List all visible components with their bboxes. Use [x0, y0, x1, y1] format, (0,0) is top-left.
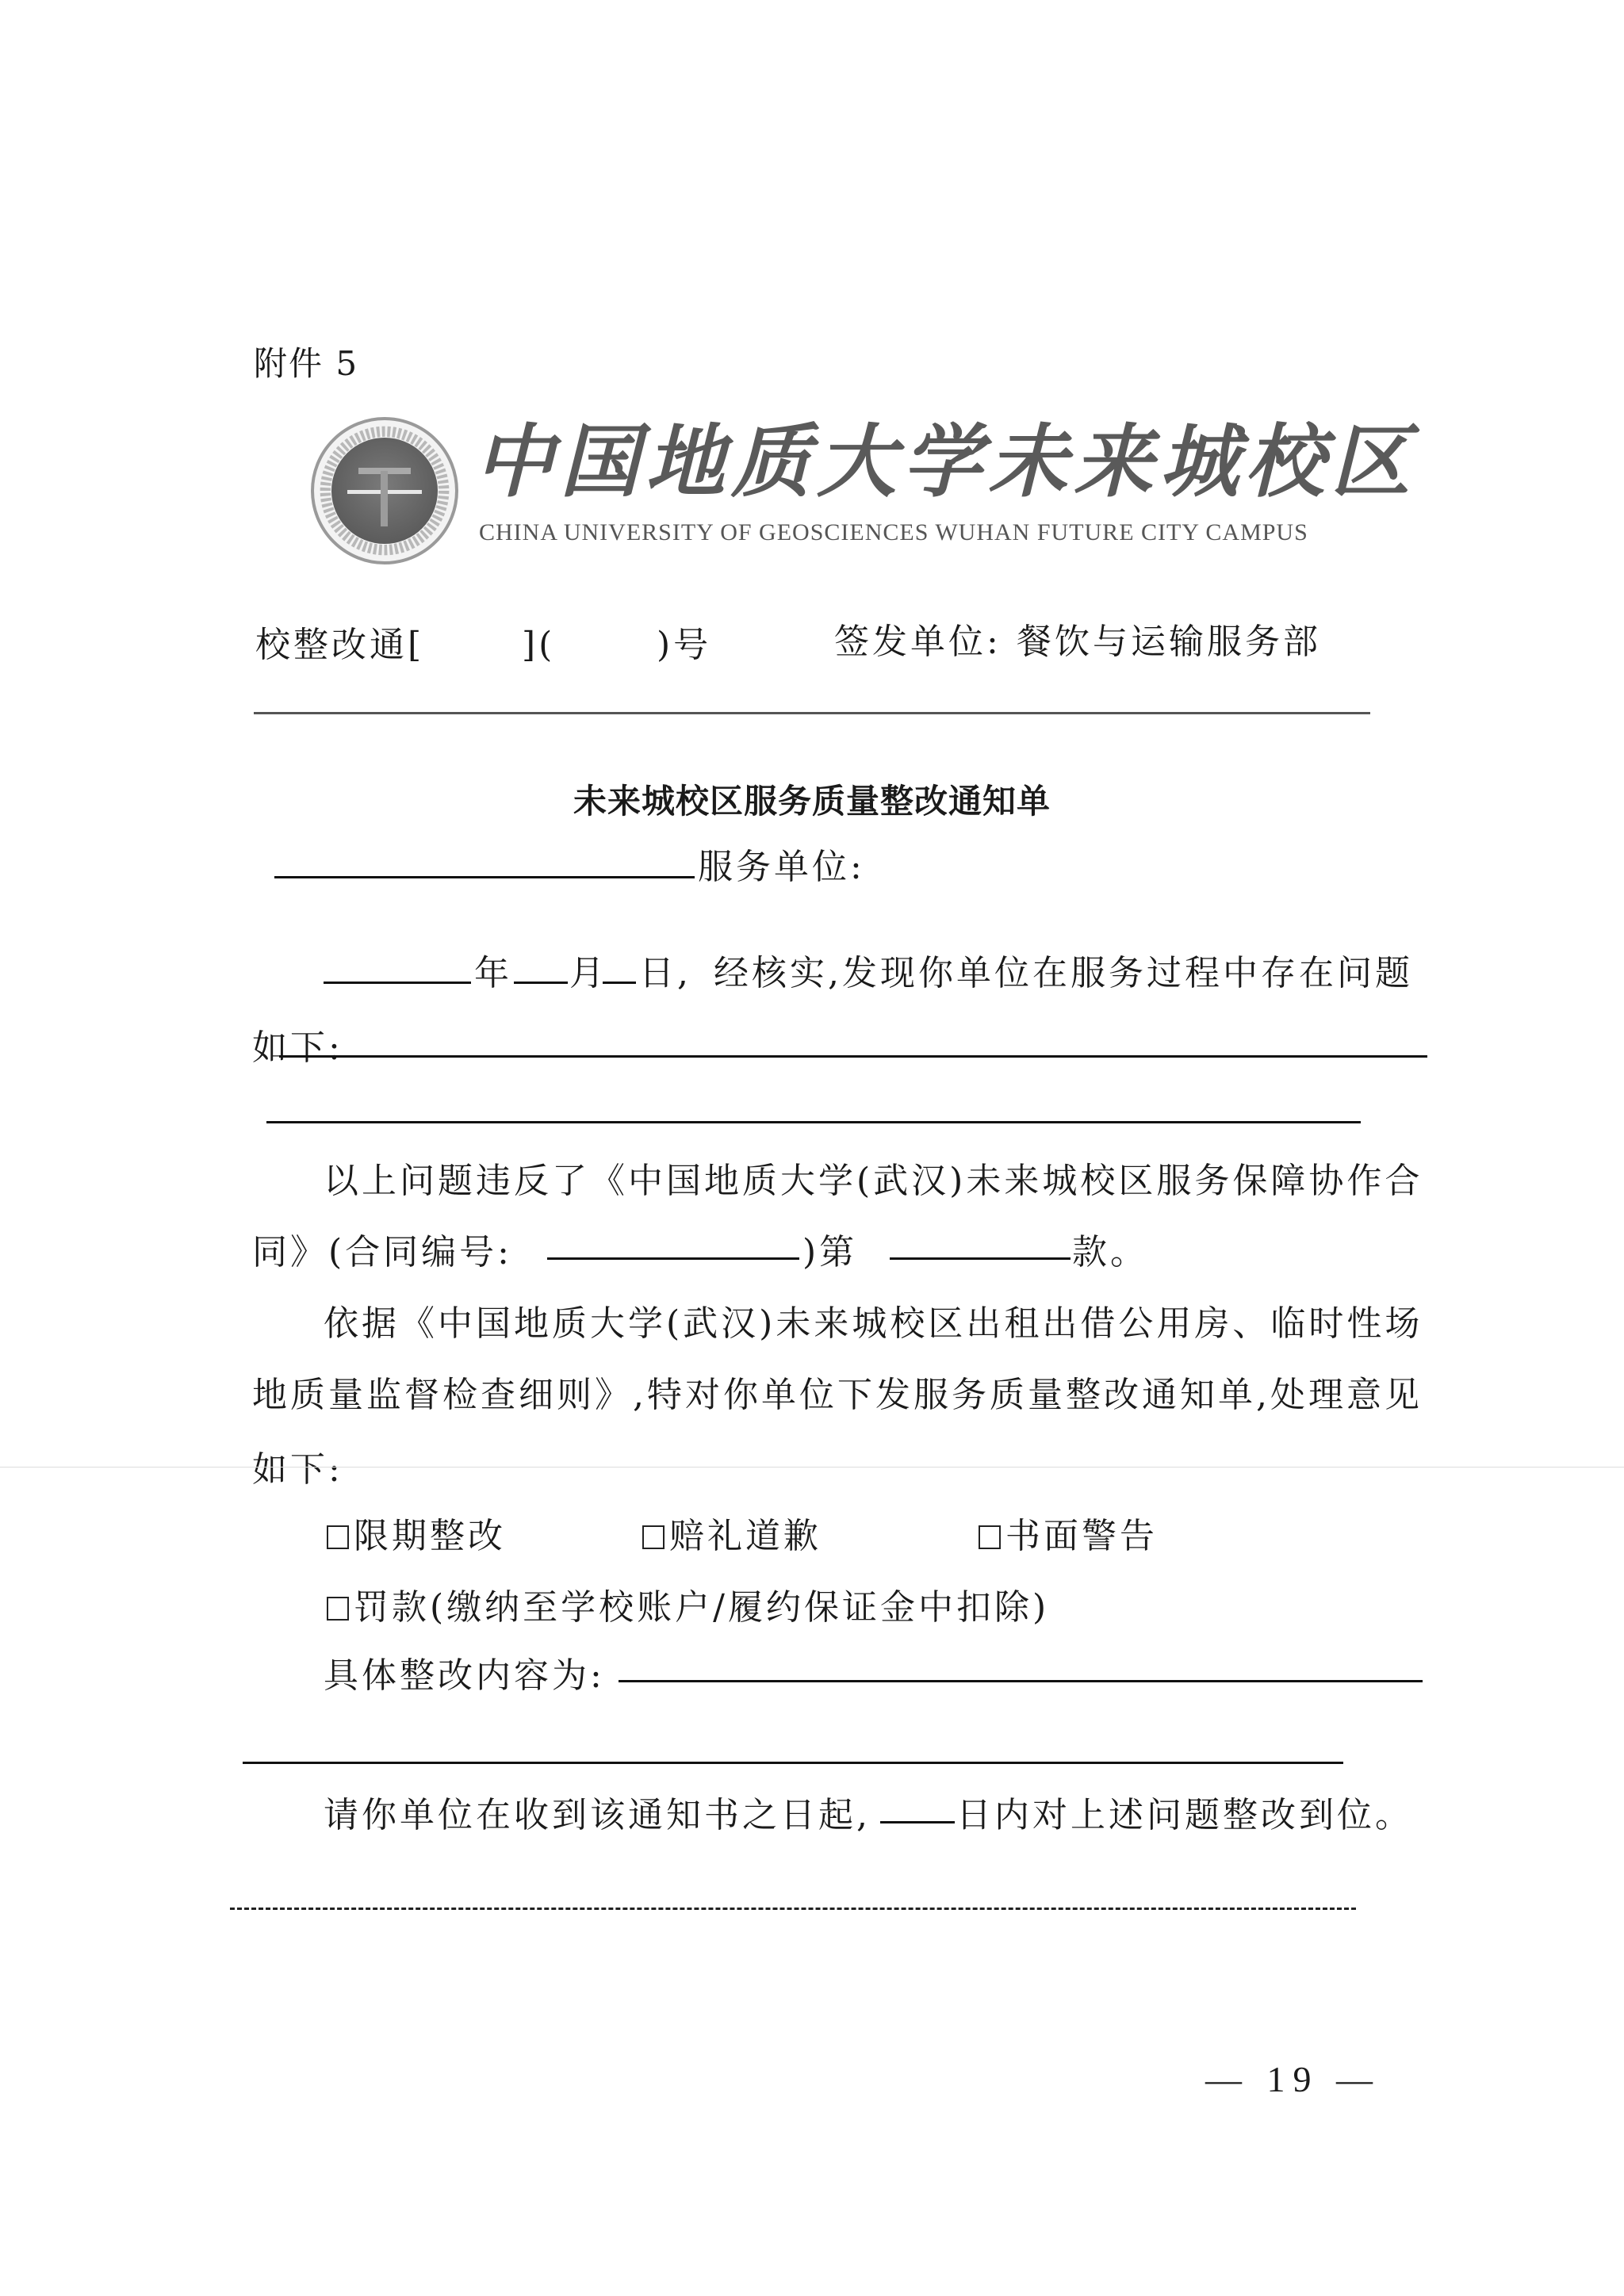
rectification-label: 具体整改内容为: [324, 1659, 605, 1693]
option-label: 限期整改 [354, 1516, 506, 1556]
paragraph2-line2-prefix: 同》(合同编号: [252, 1235, 512, 1270]
issue-field-line-1[interactable] [279, 1055, 1427, 1058]
year-field[interactable] [324, 982, 471, 984]
issuer-label: 签发单位: [834, 625, 1002, 660]
service-unit-label: 服务单位: [698, 850, 865, 885]
option-label: 赔礼道歉 [669, 1516, 822, 1556]
issuer-value: 餐饮与运输服务部 [1017, 625, 1321, 660]
issue-field-line-2[interactable] [266, 1121, 1361, 1123]
university-seal-icon [311, 417, 458, 564]
day-field[interactable] [603, 982, 636, 984]
hammer-emblem-icon [331, 438, 438, 544]
option-fine[interactable]: 罚款(缴纳至学校账户/履约保证金中扣除) [327, 1590, 1049, 1625]
cut-line [230, 1908, 1356, 1910]
option-deadline-rectify[interactable]: 限期整改 [327, 1519, 506, 1554]
checkbox-icon[interactable] [327, 1525, 349, 1549]
month-label: 月 [569, 956, 607, 991]
option-label: 书面警告 [1005, 1516, 1158, 1556]
header-divider [254, 712, 1370, 714]
month-field[interactable] [514, 982, 568, 984]
clause-number-field[interactable] [890, 1257, 1071, 1260]
year-label: 年 [474, 956, 512, 991]
deadline-days-field[interactable] [880, 1821, 955, 1823]
paragraph3-line2: 地质量监督检查细则》,特对你单位下发服务质量整改通知单,处理意见 [252, 1378, 1423, 1413]
paragraph1-continuation: 如下: [252, 1031, 343, 1066]
rectification-field-line-2[interactable] [243, 1762, 1343, 1764]
option-label: 罚款(缴纳至学校账户/履约保证金中扣除) [354, 1587, 1049, 1628]
document-title: 未来城校区服务质量整改通知单 [0, 775, 1624, 823]
logo-name-cn: 中国地质大学未来城校区 [474, 422, 1416, 501]
doc-number-prefix: 校整改通[ [255, 628, 424, 663]
paragraph1-text: 经核实,发现你单位在服务过程中存在问题 [714, 956, 1413, 991]
doc-number-mid: ]( [522, 628, 555, 663]
deadline-suffix: 日内对上述问题整改到位。 [956, 1798, 1413, 1833]
logo-name-en: CHINA UNIVERSITY OF GEOSCIENCES WUHAN FU… [479, 519, 1308, 546]
checkbox-icon[interactable] [327, 1597, 349, 1621]
option-written-warning[interactable]: 书面警告 [979, 1519, 1158, 1554]
day-label: 日, [639, 956, 691, 991]
paragraph3-line1: 依据《中国地质大学(武汉)未来城校区出租出借公用房、临时性场 [324, 1307, 1423, 1341]
rectification-field-line-1[interactable] [619, 1680, 1423, 1682]
checkbox-icon[interactable] [642, 1525, 665, 1549]
option-apology[interactable]: 赔礼道歉 [642, 1519, 822, 1554]
paragraph3-line3: 如下: [252, 1452, 343, 1487]
attachment-label: 附件 5 [254, 347, 358, 381]
deadline-prefix: 请你单位在收到该通知书之日起, [324, 1798, 871, 1833]
contract-number-field[interactable] [547, 1257, 799, 1260]
checkbox-icon[interactable] [979, 1525, 1001, 1549]
service-unit-field[interactable] [274, 876, 695, 878]
page-number: — 19 — [1205, 2058, 1381, 2100]
paragraph2-line1: 以上问题违反了《中国地质大学(武汉)未来城校区服务保障协作合 [324, 1164, 1423, 1199]
doc-number-suffix: )号 [657, 628, 711, 663]
paragraph2-line2-mid: )第 [802, 1235, 857, 1270]
paper-fold-line [0, 1467, 1624, 1468]
seal-emblem [331, 438, 438, 544]
paragraph2-line2-suffix: 款。 [1072, 1235, 1148, 1270]
